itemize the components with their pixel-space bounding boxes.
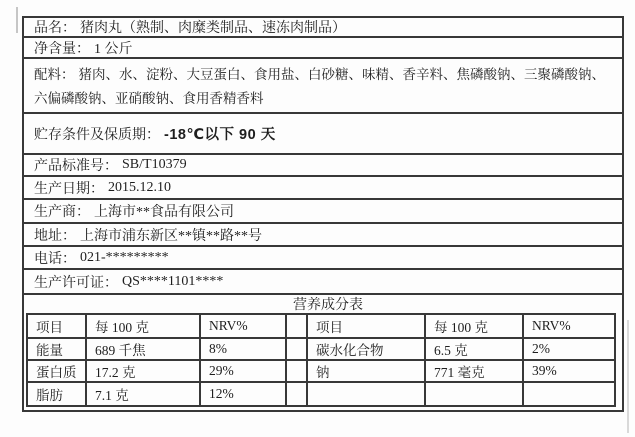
field-row-10: 生产许可证：QS****1101**** (24, 270, 622, 295)
field-row-6: 生产日期：2015.12.10 (24, 177, 622, 200)
product-field-rows: 品名：猪肉丸（熟制、肉糜类制品、速冻肉制品）净含量：1 公斤配料：猪肉、水、淀粉… (24, 18, 622, 295)
field-row-3: 配料：猪肉、水、淀粉、大豆蛋白、食用盐、白砂糖、味精、香辛料、焦磷酸钠、三聚磷酸… (24, 59, 622, 114)
nutrition-cell: 能量 (28, 339, 87, 361)
nutrition-cell (426, 383, 524, 405)
nutrition-cell (287, 339, 308, 361)
nutrition-header-cell: NRV% (524, 315, 614, 339)
field-label: 生产商： (34, 201, 90, 221)
nutrition-cell: 12% (201, 383, 287, 405)
nutrition-cell: 脂肪 (28, 383, 87, 405)
field-value: 2015.12.10 (108, 180, 171, 196)
field-label: 产品标准号： (34, 155, 118, 175)
nutrition-table-title: 营养成分表 (293, 295, 363, 313)
nutrition-cell (308, 383, 426, 405)
nutrition-header-cell: 项目 (308, 315, 426, 339)
nutrition-header-cell: 项目 (28, 315, 87, 339)
product-label-sheet: 品名：猪肉丸（熟制、肉糜类制品、速冻肉制品）净含量：1 公斤配料：猪肉、水、淀粉… (0, 0, 635, 437)
nutrition-cell (287, 361, 308, 383)
field-label: 生产日期： (34, 178, 104, 198)
scan-edge-artifact-left (16, 7, 18, 33)
field-value: SB/T10379 (122, 157, 187, 173)
field-label: 贮存条件及保质期： (34, 124, 160, 144)
field-value: -18℃以下 90 天 (164, 123, 276, 144)
field-row-5: 产品标准号：SB/T10379 (24, 155, 622, 177)
nutrition-cell: 7.1 克 (87, 383, 201, 405)
field-label: 生产许可证： (34, 272, 118, 292)
field-label: 电话： (34, 248, 76, 268)
nutrition-cell: 39% (524, 361, 614, 383)
nutrition-cell (287, 383, 308, 405)
field-value: 猪肉丸（熟制、肉糜类制品、速冻肉制品） (80, 18, 346, 37)
product-info-table: 品名：猪肉丸（熟制、肉糜类制品、速冻肉制品）净含量：1 公斤配料：猪肉、水、淀粉… (22, 16, 624, 412)
nutrition-cell: 6.5 克 (426, 339, 524, 361)
nutrition-cell: 碳水化合物 (308, 339, 426, 361)
nutrition-cell (524, 383, 614, 405)
field-label: 配料： (34, 67, 75, 82)
nutrition-header-cell: 每 100 克 (87, 315, 201, 339)
field-value: 上海市**食品有限公司 (94, 201, 234, 221)
field-value: 1 公斤 (94, 38, 133, 58)
field-label: 净含量： (34, 38, 90, 58)
field-value: 021-********* (80, 250, 169, 266)
nutrition-cell: 8% (201, 339, 287, 361)
field-value: 猪肉、水、淀粉、大豆蛋白、食用盐、白砂糖、味精、香辛料、焦磷酸钠、三聚磷酸钠、六… (34, 67, 605, 106)
nutrition-cell: 689 千焦 (87, 339, 201, 361)
field-row-8: 地址：上海市浦东新区**镇**路**号 (24, 224, 622, 247)
field-label: 地址： (34, 225, 76, 245)
nutrition-header-cell: 每 100 克 (426, 315, 524, 339)
nutrition-cell: 钠 (308, 361, 426, 383)
nutrition-cell: 蛋白质 (28, 361, 87, 383)
nutrition-cell: 17.2 克 (87, 361, 201, 383)
nutrition-cell: 771 毫克 (426, 361, 524, 383)
field-row-7: 生产商：上海市**食品有限公司 (24, 200, 622, 224)
nutrition-facts-table: 项目每 100 克NRV%项目每 100 克NRV%能量689 千焦8%碳水化合… (26, 313, 616, 407)
field-row-9: 电话：021-********* (24, 247, 622, 270)
field-row-2: 净含量：1 公斤 (24, 38, 622, 59)
field-value: QS****1101**** (122, 274, 223, 290)
scan-edge-artifact-right (627, 320, 629, 433)
nutrition-cell: 29% (201, 361, 287, 383)
nutrition-cell: 2% (524, 339, 614, 361)
field-value: 上海市浦东新区**镇**路**号 (80, 225, 262, 245)
field-row-1: 品名：猪肉丸（熟制、肉糜类制品、速冻肉制品） (24, 18, 622, 38)
nutrition-header-cell (287, 315, 308, 339)
field-row-4: 贮存条件及保质期：-18℃以下 90 天 (24, 114, 622, 155)
nutrition-title-row: 营养成分表 (24, 295, 622, 313)
field-label: 品名： (34, 18, 76, 37)
nutrition-header-cell: NRV% (201, 315, 287, 339)
